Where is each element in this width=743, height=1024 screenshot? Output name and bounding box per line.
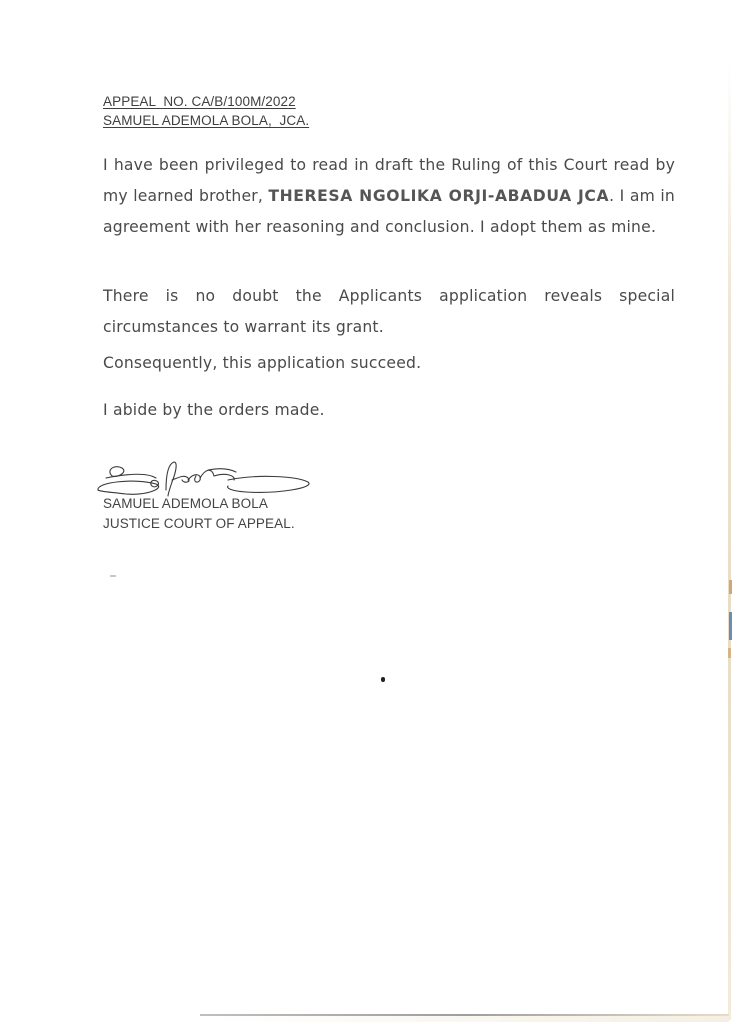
paragraph-orders: I abide by the orders made. — [103, 398, 675, 422]
scan-page-bottom-strip — [210, 1016, 729, 1022]
paragraph-special-circumstances: There is no doubt the Applicants applica… — [103, 281, 675, 343]
scan-edge-mark — [729, 580, 732, 594]
appeal-number: APPEAL NO. CA/B/100M/2022 — [103, 92, 309, 111]
signatory-name: SAMUEL ADEMOLA BOLA — [103, 494, 295, 514]
signature-block: SAMUEL ADEMOLA BOLA JUSTICE COURT OF APP… — [103, 494, 295, 534]
document-header: APPEAL NO. CA/B/100M/2022 SAMUEL ADEMOLA… — [103, 92, 309, 130]
judge-heading: SAMUEL ADEMOLA BOLA, JCA. — [103, 111, 309, 130]
paragraph-concurrence: I have been privileged to read in draft … — [103, 150, 675, 243]
scanned-document-page: APPEAL NO. CA/B/100M/2022 SAMUEL ADEMOLA… — [0, 0, 743, 1024]
scan-edge-mark-lower — [728, 648, 731, 658]
paragraph-outcome: Consequently, this application succeed. — [103, 351, 675, 375]
scan-page-edge-bottom — [200, 1014, 729, 1016]
signatory-title: JUSTICE COURT OF APPEAL. — [103, 514, 295, 534]
scan-speck — [381, 677, 385, 682]
scan-page-edge-right — [728, 60, 731, 1020]
scan-smudge — [110, 575, 116, 577]
scan-edge-mark-blue — [729, 612, 732, 640]
lead-judge-name: THERESA NGOLIKA ORJI-ABADUA JCA — [268, 187, 609, 205]
